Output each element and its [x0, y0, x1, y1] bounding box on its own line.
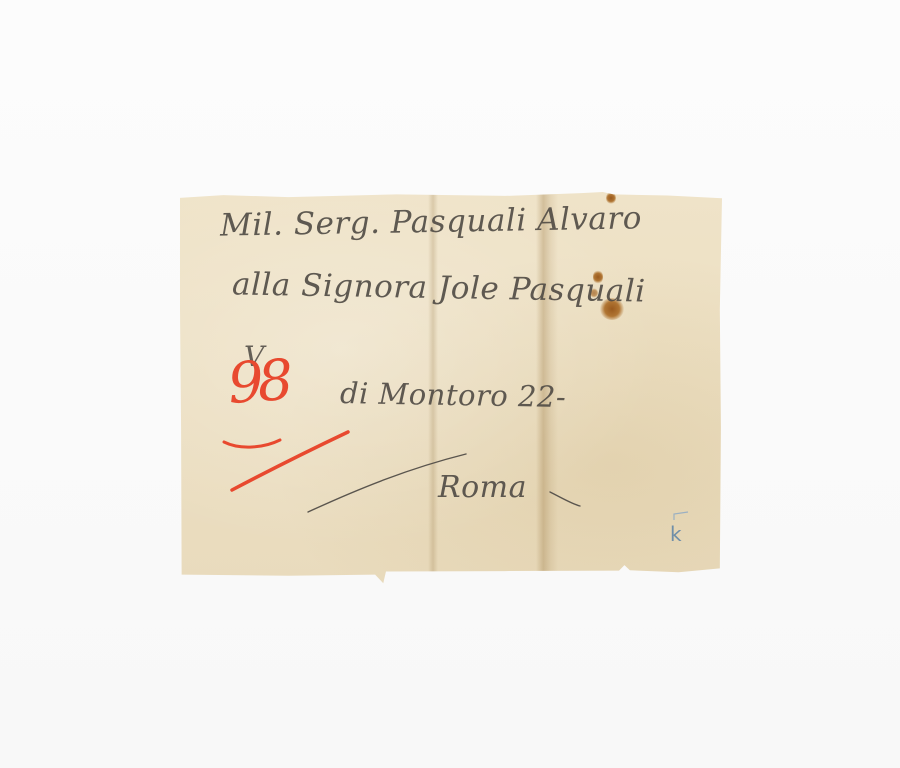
- pen-strokes: [180, 192, 722, 584]
- paper-note: Mil. Serg. Pasquali Alvaro alla Signora …: [180, 192, 722, 584]
- blue-tick: [674, 512, 688, 520]
- pencil-underline: [308, 454, 466, 512]
- pencil-tail: [550, 492, 580, 506]
- red-underline: [232, 432, 348, 490]
- red-swash: [224, 440, 280, 447]
